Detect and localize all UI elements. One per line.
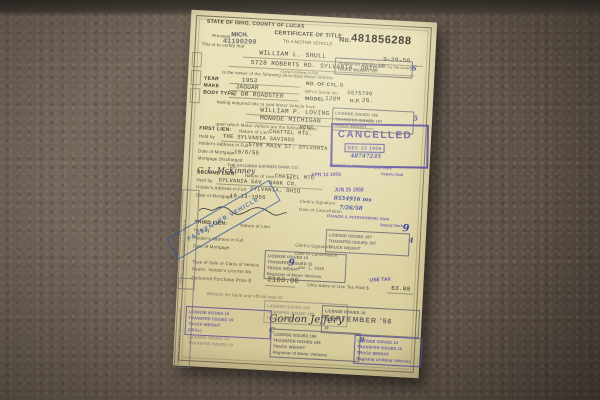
- stamp-box-license: LICENSE ISSUED 19 TRANSFER ISSUED 19 TRU…: [263, 250, 346, 283]
- cyl-value: 6: [340, 83, 344, 89]
- margin-box: [191, 70, 202, 86]
- year-label: YEAR: [204, 77, 219, 83]
- stamp-box-license: LICENSE ISSUED 197 TRANSFER ISSUED 197 T…: [325, 229, 410, 256]
- second-lien-held-label: Held by: [196, 178, 212, 183]
- hp-value: 26.: [362, 98, 374, 105]
- cancelled-date-stamp: DEC 13 1956: [345, 143, 385, 153]
- first-lien-held-label: Held by: [199, 134, 215, 139]
- margin-box: [191, 52, 202, 68]
- make-label: MAKE: [203, 84, 219, 90]
- handwritten-digit: 5: [413, 114, 419, 125]
- handwritten-digit: 4: [408, 235, 414, 246]
- date-stamp-apr: APR 13 1956: [311, 173, 341, 179]
- cancel-record-number: 48747235: [350, 154, 381, 160]
- stamp-line: TRANSFER ISSUED 19: [181, 220, 187, 255]
- hp-label: H.P.: [350, 99, 361, 105]
- number-label: No.: [339, 37, 352, 45]
- serial-value: S675799: [347, 90, 372, 97]
- stamp-box-license: LICENSE ISSUED 19 TRANSFER ISSUED 19 TRU…: [353, 335, 422, 368]
- stamped-title-number: 41190290: [223, 39, 257, 47]
- use-tax-value: 63.00: [391, 286, 411, 293]
- first-lien-date: 10/6/55: [234, 149, 259, 156]
- handwritten-digit: 6: [411, 63, 417, 74]
- cancellation-date-value: 7/26/58: [339, 206, 362, 213]
- stamp-box-september: LICENSE ISSUED 19 SEPTEMBER '56 19: [321, 305, 420, 338]
- model-value: 120M: [325, 96, 341, 103]
- stamp-line: TRUCK WEIGHT: [178, 308, 183, 333]
- model-label: MODEL: [305, 97, 325, 103]
- stamp-line: LICENSE ISSUED 19: [176, 334, 182, 365]
- margin-box: [190, 88, 201, 104]
- date-stamp-jun: JUN 25 1958: [334, 188, 363, 193]
- stamp-box-license: LICENSE ISSUED 195 TRANSFER ISSUED 197 T…: [331, 107, 414, 134]
- certificate-of-title-document: STATE OF OHIO, COUNTY OF LUCAS Previous …: [173, 10, 437, 378]
